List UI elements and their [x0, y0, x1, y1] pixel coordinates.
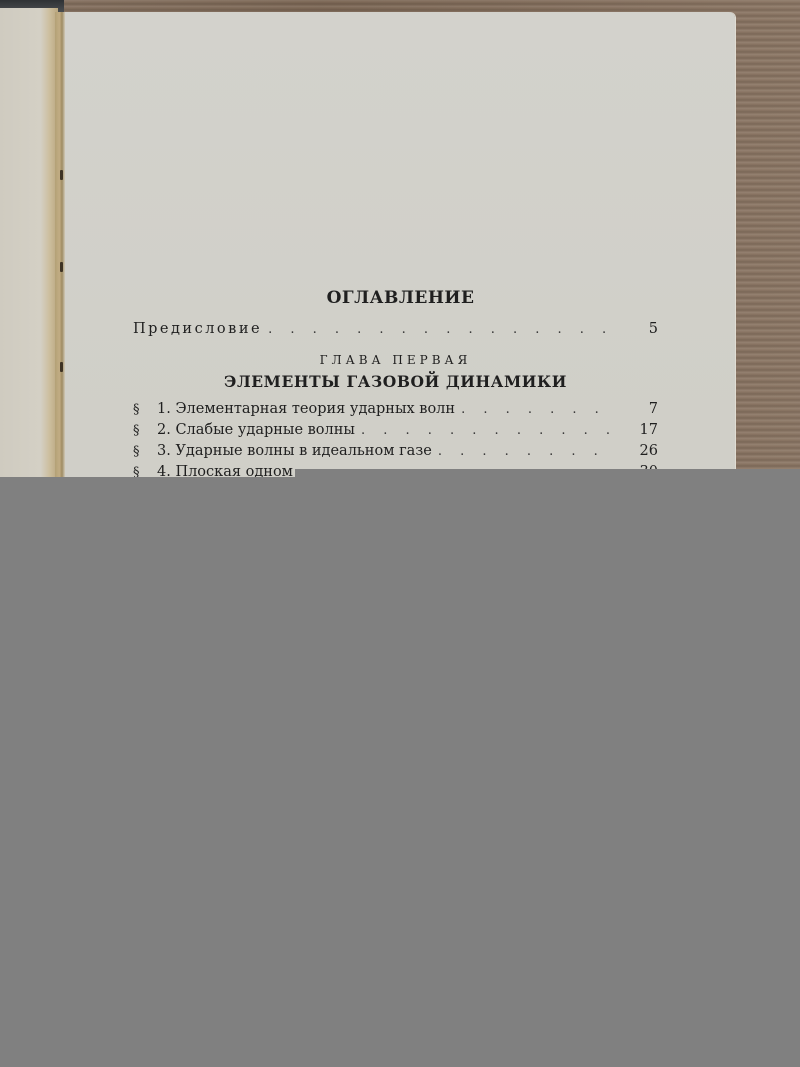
section-symbol: § [133, 399, 157, 420]
section-symbol: § [133, 420, 157, 441]
entry-label: Элементарная теория ударных волн [175, 399, 455, 420]
entry-page-number: 26 [618, 441, 658, 462]
dot-leader: . . . . . . . . . . . . . . . . . . . . … [268, 319, 612, 340]
redaction-overlay [295, 469, 800, 1067]
entry-label: Ударные волны в идеальном газе [175, 441, 431, 462]
binding-stitch [60, 170, 63, 180]
table-of-contents: ОГЛАВЛЕНИЕ Предисловие . . . . . . . . .… [133, 285, 658, 483]
toc-entry: § 3. Ударные волны в идеальном газе . . … [133, 441, 658, 462]
binding-stitch [60, 262, 63, 272]
entry-page-number: 17 [618, 420, 658, 441]
entry-page-number: 5 [618, 319, 658, 340]
entry-label: Слабые ударные волны [175, 420, 355, 441]
entry-number: 1. [157, 399, 171, 420]
entry-number: 2. [157, 420, 171, 441]
entry-label: Предисловие [133, 319, 262, 340]
toc-title: ОГЛАВЛЕНИЕ [143, 285, 658, 311]
chapter-title: ЭЛЕМЕНТЫ ГАЗОВОЙ ДИНАМИКИ [133, 370, 658, 394]
dot-leader: . . . . . . . . . . . . . . . . . . . . … [438, 441, 612, 462]
dot-leader: . . . . . . . . . . . . . . . . . . . . … [361, 420, 612, 441]
section-symbol: § [133, 441, 157, 462]
toc-entry: § 1. Элементарная теория ударных волн . … [133, 399, 658, 420]
chapter-kicker: ГЛАВА ПЕРВАЯ [133, 350, 658, 370]
binding-stitch [60, 362, 63, 372]
toc-entry: § 2. Слабые ударные волны . . . . . . . … [133, 420, 658, 441]
dot-leader: . . . . . . . . . . . . . . . . . . . . … [461, 399, 612, 420]
redaction-overlay [0, 477, 295, 1067]
entry-number: 3. [157, 441, 171, 462]
toc-entry-preface: Предисловие . . . . . . . . . . . . . . … [133, 319, 658, 340]
entry-page-number: 7 [618, 399, 658, 420]
